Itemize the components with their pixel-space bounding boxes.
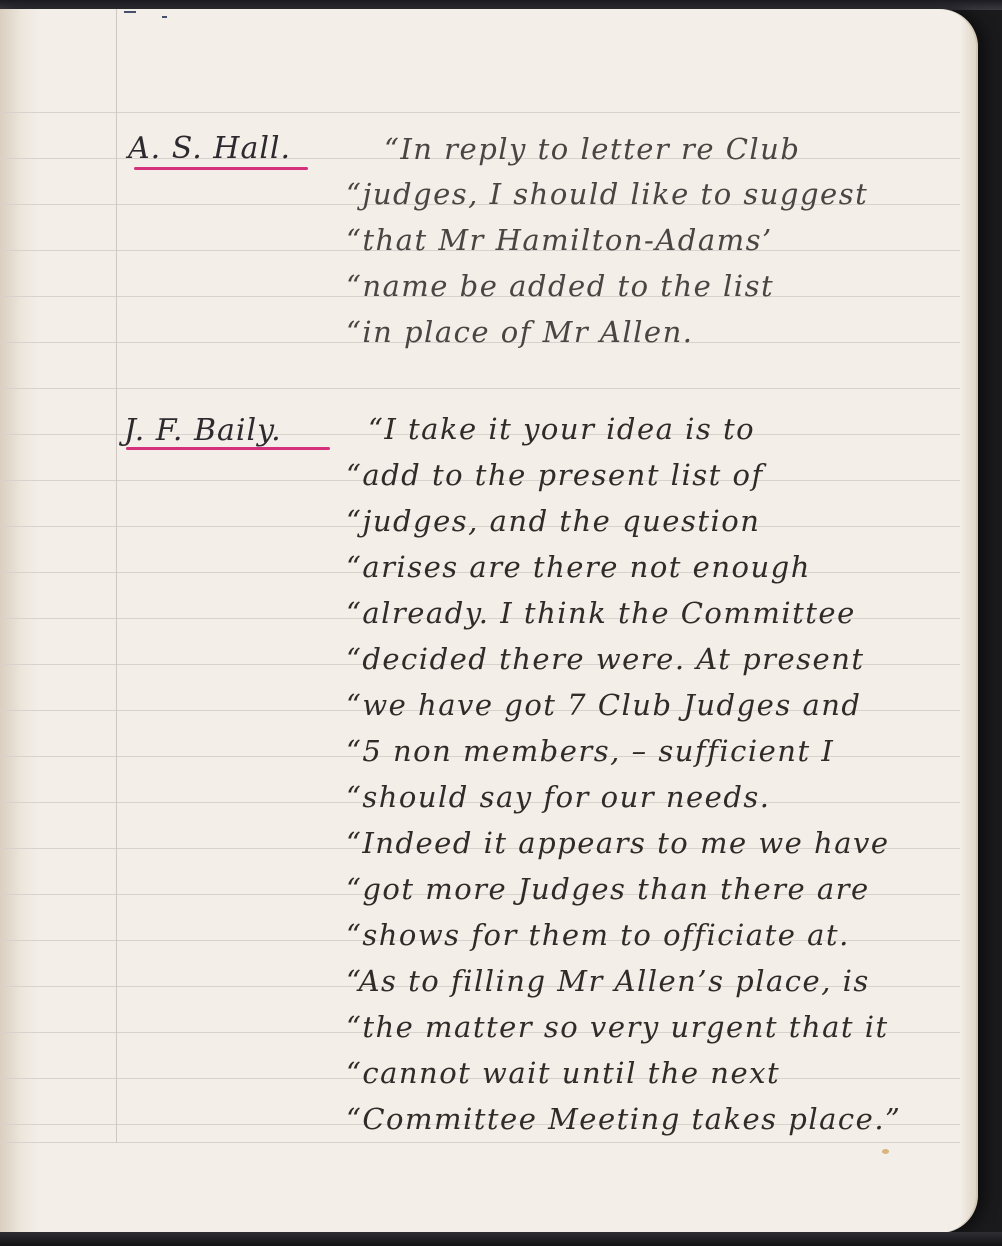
ruled-line — [0, 112, 960, 113]
entry-line: “arises are there not enough — [346, 550, 811, 584]
entry-line: “should say for our needs. — [346, 780, 771, 814]
margin-line — [116, 9, 117, 1143]
entry-line: “5 non members, – sufficient I — [346, 734, 834, 768]
entry-line: “As to filling Mr Allen’s place, is — [346, 964, 870, 998]
entry-line: “Committee Meeting takes place.” — [346, 1102, 901, 1136]
entry-line: “that Mr Hamilton-Adams’ — [346, 223, 773, 257]
book-bottom-edge-shadow — [0, 1232, 1002, 1246]
name-underline — [134, 167, 308, 170]
ink-speck — [124, 11, 136, 13]
entry-line: “In reply to letter re Club — [384, 132, 800, 166]
signatory-name: J. F. Baily. — [124, 413, 282, 448]
entry-line: “judges, and the question — [346, 504, 760, 538]
page-right-edge — [960, 9, 978, 1233]
entry-line: “I take it your idea is to — [368, 412, 755, 446]
entry-line: “shows for them to officiate at. — [346, 918, 850, 952]
entry-line: “in place of Mr Allen. — [346, 315, 693, 349]
signatory-name: A. S. Hall. — [128, 131, 291, 166]
entry-line: “we have got 7 Club Judges and — [346, 688, 861, 722]
entry-line: “judges, I should like to suggest — [346, 177, 868, 211]
entry-line: “decided there were. At present — [346, 642, 865, 676]
entry-line: “Indeed it appears to me we have — [346, 826, 890, 860]
notebook-page: A. S. Hall. “In reply to letter re Club … — [0, 9, 978, 1233]
entry-line: “name be added to the list — [346, 269, 774, 303]
ink-speck — [162, 16, 167, 18]
entry-line: “already. I think the Committee — [346, 596, 856, 630]
entry-line: “add to the present list of — [346, 458, 764, 492]
entry-line: “the matter so very urgent that it — [346, 1010, 889, 1044]
entry-line: “cannot wait until the next — [346, 1056, 780, 1090]
ruled-line — [0, 1142, 960, 1143]
paper-stain — [882, 1149, 889, 1154]
name-underline — [126, 447, 330, 450]
entry-line: “got more Judges than there are — [346, 872, 870, 906]
ruled-line — [0, 388, 960, 389]
